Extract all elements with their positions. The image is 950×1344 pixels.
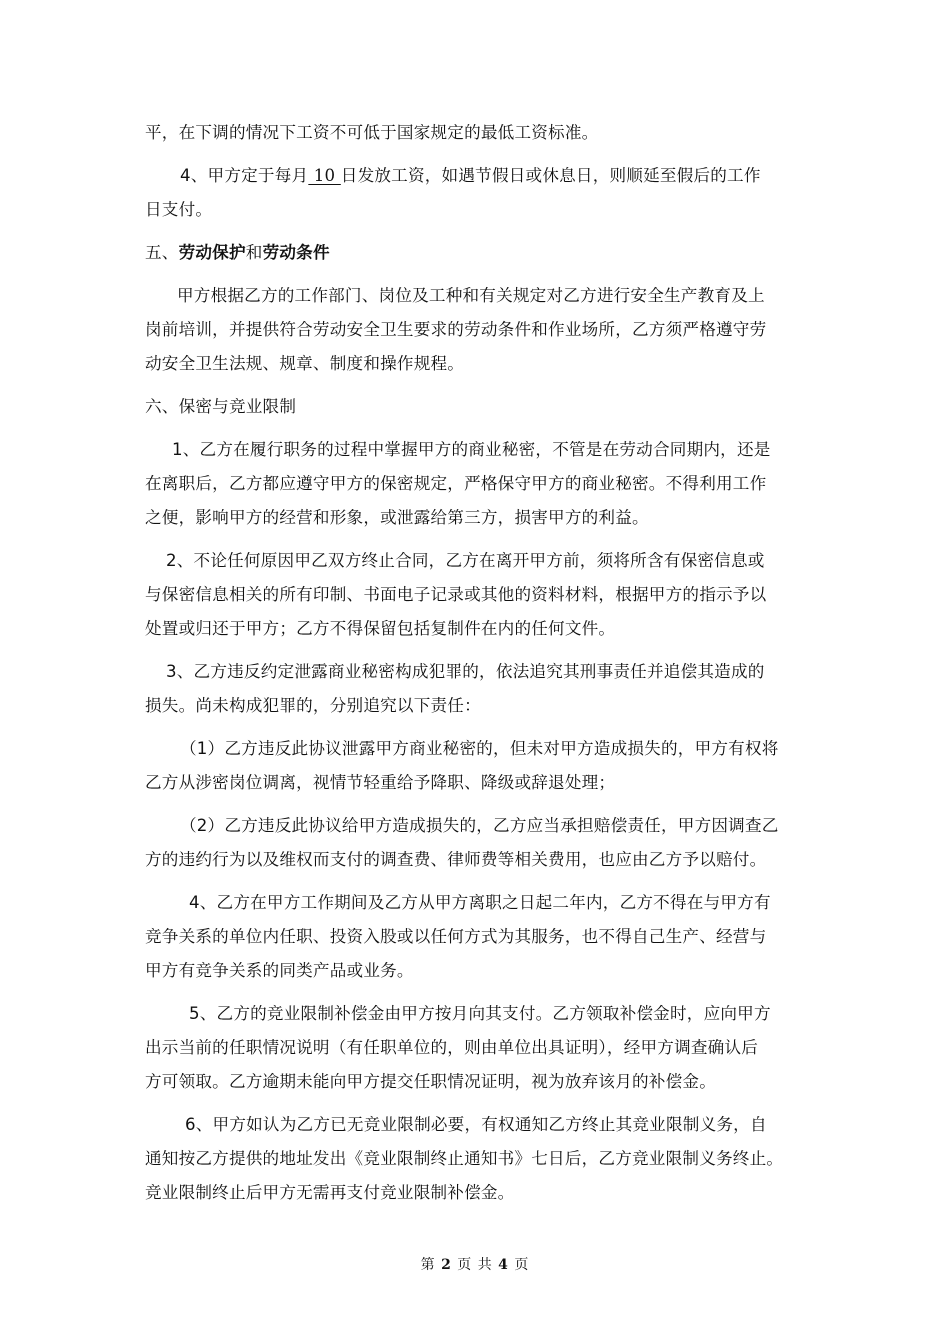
text-line: （2）乙方违反此协议给甲方造成损失的，乙方应当承担赔偿责任，甲方因调查乙 — [180, 816, 779, 836]
page-of-label: 页 共 — [457, 1257, 492, 1273]
text-line: 动安全卫生法规、规章、制度和操作规程。 — [145, 354, 464, 374]
page-label: 第 — [421, 1257, 436, 1273]
payday-clause-line: 4、甲方定于每月 10 日发放工资，如遇节假日或休息日，则顺延至假后的工作 — [180, 166, 761, 186]
text-line: 日支付。 — [145, 200, 212, 220]
text-line: 在离职后，乙方都应遵守甲方的保密规定，严格保守甲方的商业秘密。不得利用工作 — [145, 474, 766, 494]
page-number-footer: 第 2 页 共 4 页 — [0, 1254, 950, 1274]
text-line: 出示当前的任职情况说明（有任职单位的，则由单位出具证明），经甲方调查确认后 — [145, 1038, 758, 1058]
text-line: 1、乙方在履行职务的过程中掌握甲方的商业秘密，不管是在劳动合同期内，还是 — [172, 440, 771, 460]
text-line: 竞争关系的单位内任职、投资入股或以任何方式为其服务，也不得自己生产、经营与 — [145, 927, 766, 947]
text-line: 通知按乙方提供的地址发出《竞业限制终止通知书》七日后，乙方竞业限制义务终止。 — [145, 1149, 783, 1169]
payday-clause-prefix: 4、甲方定于每月 — [180, 166, 308, 185]
text-line: 2、不论任何原因甲乙双方终止合同，乙方在离开甲方前，须将所含有保密信息或 — [166, 551, 765, 571]
text-line: 之便，影响甲方的经营和形象，或泄露给第三方，损害甲方的利益。 — [145, 508, 649, 528]
section-heading-confidentiality: 六、保密与竞业限制 — [145, 397, 296, 417]
text-line: （1）乙方违反此协议泄露甲方商业秘密的，但未对甲方造成损失的，甲方有权将 — [180, 739, 779, 759]
text-line: 竞业限制终止后甲方无需再支付竞业限制补偿金。 — [145, 1183, 514, 1203]
section-title-connector: 和 — [246, 243, 263, 262]
section-title-part: 劳动保护 — [179, 243, 246, 262]
text-line: 甲方根据乙方的工作部门、岗位及工种和有关规定对乙方进行安全生产教育及上 — [177, 286, 765, 306]
text-line: 平，在下调的情况下工资不可低于国家规定的最低工资标准。 — [145, 123, 598, 143]
text-line: 乙方从涉密岗位调离，视情节轻重给予降职、降级或辞退处理； — [145, 773, 615, 793]
text-line: 6、甲方如认为乙方已无竞业限制必要，有权通知乙方终止其竞业限制义务，自 — [185, 1115, 767, 1135]
section-heading-labor-protection: 五、劳动保护和劳动条件 — [145, 243, 330, 263]
text-line: 方可领取。乙方逾期未能向甲方提交任职情况证明，视为放弃该月的补偿金。 — [145, 1072, 716, 1092]
text-line: 与保密信息相关的所有印制、书面电子记录或其他的资料材料，根据甲方的指示予以 — [145, 585, 766, 605]
text-line: 甲方有竞争关系的同类产品或业务。 — [145, 961, 414, 981]
section-number: 五、 — [145, 243, 179, 262]
current-page-number: 2 — [441, 1257, 452, 1273]
text-line: 方的违约行为以及维权而支付的调查费、律师费等相关费用，也应由乙方予以赔付。 — [145, 850, 766, 870]
text-line: 处置或归还于甲方；乙方不得保留包括复制件在内的任何文件。 — [145, 619, 615, 639]
text-line: 3、乙方违反约定泄露商业秘密构成犯罪的，依法追究其刑事责任并追偿其造成的 — [166, 662, 765, 682]
payday-clause-suffix: 日发放工资，如遇节假日或休息日，则顺延至假后的工作 — [341, 166, 761, 185]
pages-label: 页 — [514, 1257, 529, 1273]
section-title-part: 劳动条件 — [263, 243, 330, 262]
text-line: 5、乙方的竞业限制补偿金由甲方按月向其支付。乙方领取补偿金时，应向甲方 — [189, 1004, 771, 1024]
document-page: 平，在下调的情况下工资不可低于国家规定的最低工资标准。 4、甲方定于每月 10 … — [0, 0, 950, 1344]
text-line: 4、乙方在甲方工作期间及乙方从甲方离职之日起二年内，乙方不得在与甲方有 — [189, 893, 771, 913]
text-line: 损失。尚未构成犯罪的，分别追究以下责任： — [145, 696, 481, 716]
total-pages-number: 4 — [498, 1257, 509, 1273]
text-line: 岗前培训，并提供符合劳动安全卫生要求的劳动条件和作业场所，乙方须严格遵守劳 — [145, 320, 766, 340]
payday-day-value: 10 — [308, 166, 340, 185]
